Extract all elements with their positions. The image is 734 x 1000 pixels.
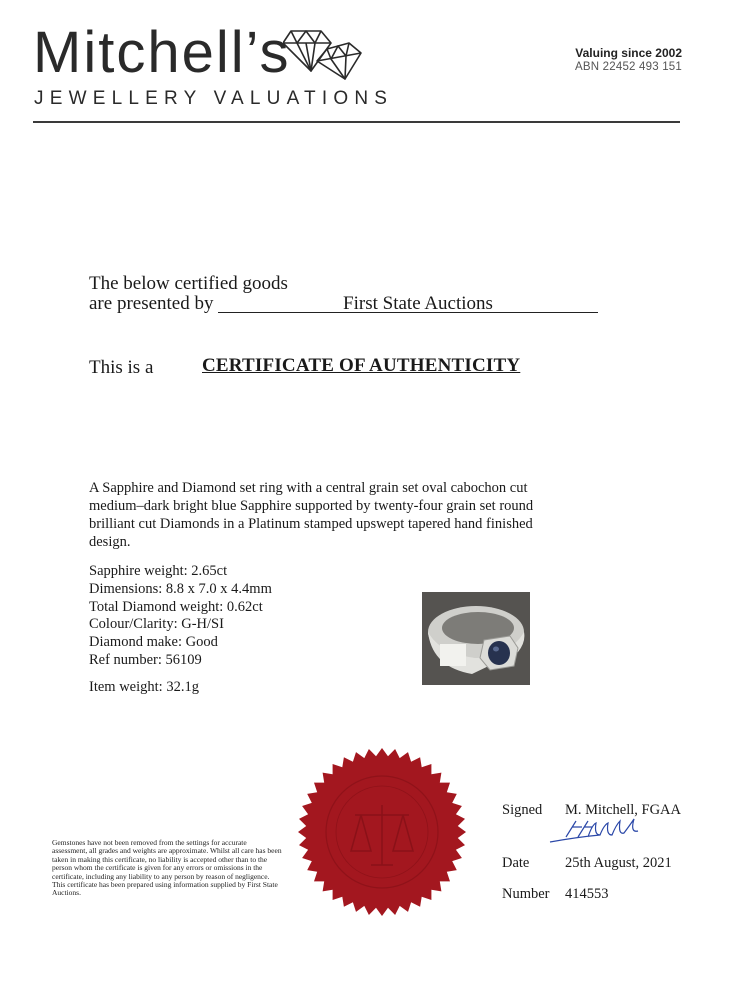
certificate-number: 414553	[565, 886, 609, 903]
date-label: Date	[502, 855, 529, 872]
brand-subtitle: JEWELLERY VALUATIONS	[34, 89, 393, 108]
intro-line: The below certified goods	[89, 273, 288, 295]
item-description: A Sapphire and Diamond set ring with a c…	[89, 479, 539, 551]
brand-name: Mitchell’s	[33, 24, 290, 82]
diamonds-icon	[283, 27, 365, 87]
header-divider	[33, 121, 680, 123]
scales-of-justice-seal-icon	[297, 747, 467, 917]
certificate-date: 25th August, 2021	[565, 855, 672, 872]
ring-photo	[422, 592, 530, 685]
spec-sapphire-weight: Sapphire weight: 2.65ct	[89, 563, 272, 581]
spec-ref-number: Ref number: 56109	[89, 652, 272, 670]
disclaimer-text: Gemstones have not been removed from the…	[52, 839, 282, 898]
spec-dimensions: Dimensions: 8.8 x 7.0 x 4.4mm	[89, 581, 272, 599]
spec-colour-clarity: Colour/Clarity: G-H/SI	[89, 616, 272, 634]
signed-label: Signed	[502, 802, 542, 819]
certificate-prefix: This is a	[89, 357, 153, 379]
spec-diamond-make: Diamond make: Good	[89, 634, 272, 652]
certificate-title: CERTIFICATE OF AUTHENTICITY	[202, 355, 520, 377]
number-label: Number	[502, 886, 550, 903]
ring-image-icon	[422, 592, 530, 685]
tagline: Valuing since 2002	[575, 46, 682, 60]
item-weight: Item weight: 32.1g	[89, 679, 199, 696]
abn-number: ABN 22452 493 151	[575, 61, 682, 73]
spec-diamond-weight: Total Diamond weight: 0.62ct	[89, 599, 272, 617]
presented-by-label: are presented by	[89, 293, 214, 315]
signature-icon	[548, 815, 643, 845]
presenter-name: First State Auctions	[218, 293, 598, 313]
spec-list: Sapphire weight: 2.65ct Dimensions: 8.8 …	[89, 563, 272, 670]
